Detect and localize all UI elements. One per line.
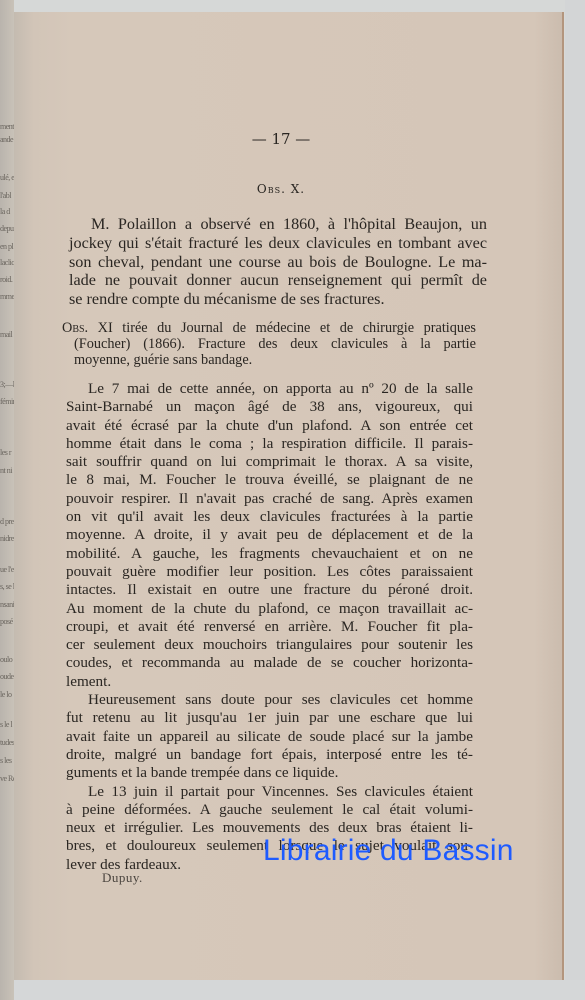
prev-page-fragment: ulé, e xyxy=(0,173,14,182)
prev-page-fragment: ande l xyxy=(0,135,14,144)
text-line: Obs. XI tirée du Journal de médecine et … xyxy=(62,321,476,337)
scan-backdrop-right xyxy=(565,0,585,1000)
text-line: jockey qui s'était fracturé les deux cla… xyxy=(69,234,487,253)
text-line: Le 7 mai de cette année, on apporta au n… xyxy=(66,380,473,398)
prev-page-fragment: laclic xyxy=(0,258,14,267)
text-line: avait faite un appareil au silicate de s… xyxy=(66,728,473,746)
scan-backdrop-top xyxy=(0,0,585,12)
prev-page-fragment: le lo xyxy=(0,690,14,699)
text-line: coudes, et recommanda au malade de se co… xyxy=(66,654,473,672)
text-line: moyenne, guérie sans bandage. xyxy=(62,353,476,369)
prev-page-fragment: nsani xyxy=(0,600,14,609)
prev-page-fragment: s, se l xyxy=(0,582,14,591)
text-line: fut retenu au lit jusqu'au 1er juin par … xyxy=(66,709,473,727)
page-number: — 17 — xyxy=(14,130,548,148)
text-line: droite, malgré un bandage fort épais, in… xyxy=(66,746,473,764)
prev-page-fragment: roid. I xyxy=(0,275,14,284)
prev-page-fragment: l'abl xyxy=(0,191,14,200)
observation-xi-title: Obs. XI tirée du Journal de médecine et … xyxy=(62,321,476,368)
text-line: intactes. Il existait en outre une fract… xyxy=(66,581,473,599)
bookseller-watermark: Librairie du Bassin xyxy=(263,834,514,868)
text-line: guments et la bande trempée dans ce liqu… xyxy=(66,764,473,782)
observation-xi-body: Le 7 mai de cette année, on apporta au n… xyxy=(66,380,473,874)
text-line: (Foucher) (1866). Fracture des deux clav… xyxy=(62,337,476,353)
prev-page-fragment: les r xyxy=(0,448,14,457)
prev-page-fragment: nidre xyxy=(0,534,14,543)
text-line: Heureusement sans doute pour ses clavicu… xyxy=(66,691,473,709)
text-line: homme était dans le coma ; la respiratio… xyxy=(66,435,473,453)
text-line: on vit qu'il avait les deux clavicules f… xyxy=(66,508,473,526)
text-line: pouvoir respirer. Il n'avait pas craché … xyxy=(66,490,473,508)
text-line: le 8 mai, M. Foucher le trouva éveillé, … xyxy=(66,471,473,489)
text-line: lade ne pouvait donner aucun renseigneme… xyxy=(69,271,487,290)
title-text: tirée du Journal de médecine et de chiru… xyxy=(122,320,476,336)
prev-page-fragment: ve Ro xyxy=(0,774,14,783)
text-line: Au moment de la chute du plafond, ce maç… xyxy=(66,600,473,618)
prev-page-fragment: tudes xyxy=(0,738,14,747)
text-line: cer seulement deux mouchoirs triangulair… xyxy=(66,636,473,654)
observation-x-paragraph: M. Polaillon a observé en 1860, à l'hôpi… xyxy=(69,215,487,309)
text-line: moyenne. A droite, il y avait peu de dép… xyxy=(66,526,473,544)
prev-page-fragment: nt ni xyxy=(0,466,14,475)
author-signature: Dupuy. xyxy=(102,870,143,886)
text-line: croupi, et avait été renversé en arrière… xyxy=(66,618,473,636)
prev-page-fragment: en pl xyxy=(0,242,14,251)
text-line: son cheval, pendant une course au bois d… xyxy=(69,253,487,272)
text-line: se rendre compte du mécanisme de ses fra… xyxy=(69,290,487,309)
prev-page-fragment: oulo xyxy=(0,655,14,664)
prev-page-fragment: la d xyxy=(0,207,14,216)
prev-page-fragment: s le l xyxy=(0,720,14,729)
prev-page-fragment: ments, xyxy=(0,122,14,131)
text-line: M. Polaillon a observé en 1860, à l'hôpi… xyxy=(69,215,487,234)
text-line: lement. xyxy=(66,673,473,691)
prev-page-fragment: oude xyxy=(0,672,14,681)
previous-page-edge: ments, ande l ulé, e l'abl la d depuis e… xyxy=(0,0,14,1000)
observation-label: Obs. XI xyxy=(62,320,113,336)
text-line: sait souffrir quand on lui comprimait le… xyxy=(66,453,473,471)
text-line: avait été écrasé par la chute d'un plafo… xyxy=(66,417,473,435)
prev-page-fragment: depuis xyxy=(0,224,14,233)
prev-page-fragment: fémin xyxy=(0,397,14,406)
prev-page-fragment: 3;—l xyxy=(0,380,14,389)
text-line: à peine déformées. A gauche seulement le… xyxy=(66,801,473,819)
scan-backdrop-bottom xyxy=(0,980,585,1000)
prev-page-fragment: s les xyxy=(0,756,14,765)
text-line: Le 13 juin il partait pour Vincennes. Se… xyxy=(66,783,473,801)
prev-page-fragment: mmes xyxy=(0,292,14,301)
text-line: mobilité. A gauche, les fragments chevau… xyxy=(66,545,473,563)
text-line: Saint-Barnabé un maçon âgé de 38 ans, vi… xyxy=(66,398,473,416)
text-line: pouvait guère modifier leur position. Le… xyxy=(66,563,473,581)
prev-page-fragment: d prese xyxy=(0,517,14,526)
observation-heading: Obs. X. xyxy=(14,182,548,196)
prev-page-fragment: ue l'e xyxy=(0,565,14,574)
prev-page-fragment: posé xyxy=(0,617,14,626)
prev-page-fragment: mail f xyxy=(0,330,14,339)
